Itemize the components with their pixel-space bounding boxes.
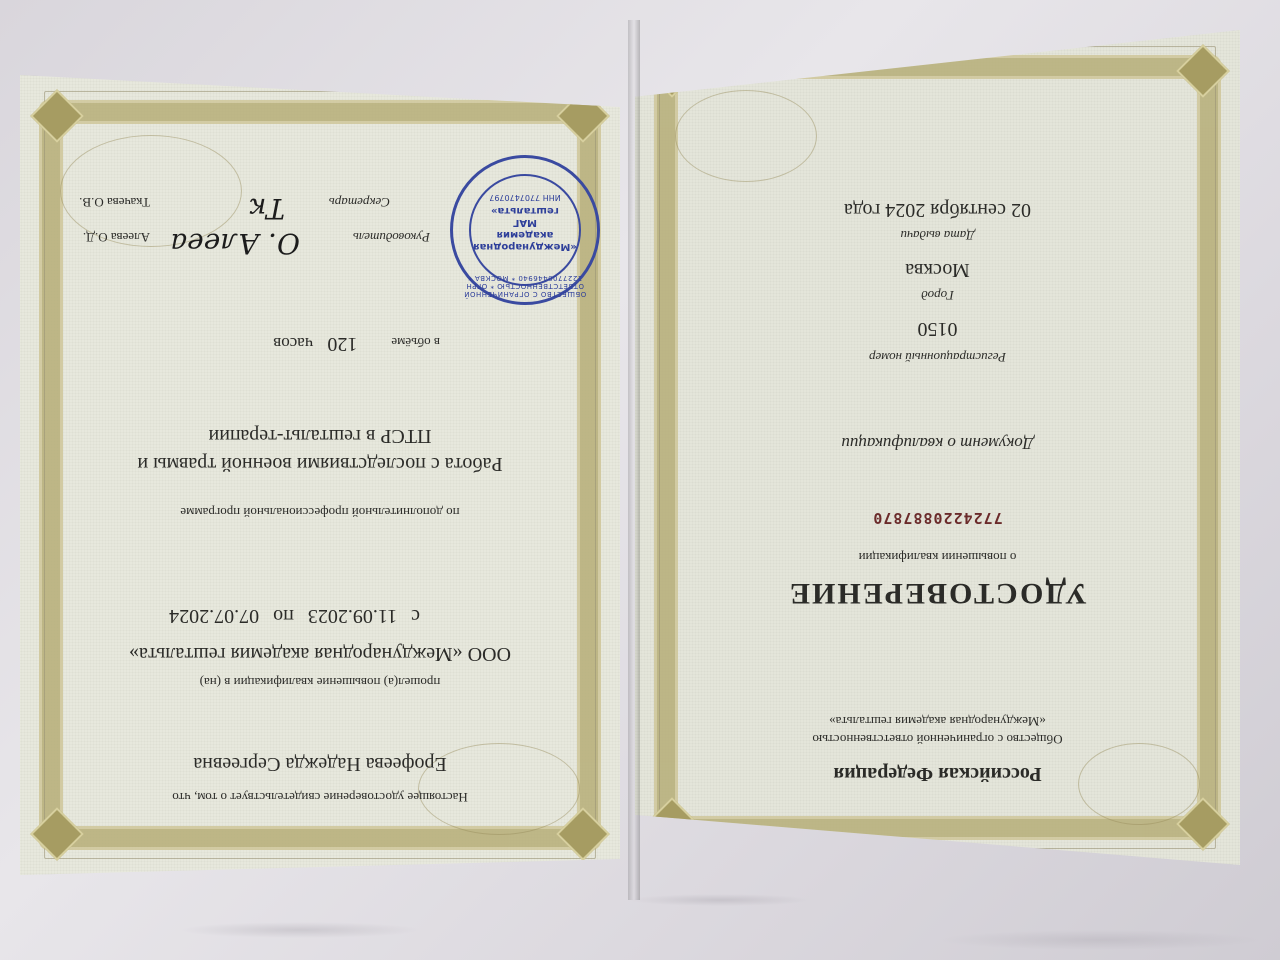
city-label: Город — [635, 287, 1240, 303]
certificate-page: Настоящее удостоверение свидетельствует … — [20, 75, 620, 875]
organization-stamp: ОБЩЕСТВО С ОГРАНИЧЕННОЙ ОТВЕТСТВЕННОСТЬЮ… — [450, 155, 600, 305]
registration-number: 0150 — [635, 317, 1240, 340]
document-type: Документ о квалификации — [635, 433, 1240, 453]
org-line-2: «Международная академия гештальта» — [635, 713, 1240, 729]
volume-label: в объёме — [391, 334, 440, 350]
program-label: по дополнительной профессиональной прогр… — [20, 504, 620, 520]
issue-date: 02 сентября 2024 года — [635, 198, 1240, 221]
signature-name-head: Алеева О.Д. — [83, 229, 150, 245]
issue-date-label: Дата выдачи — [635, 227, 1240, 243]
certificate-booklet: Российская Федерация Общество с ограниче… — [0, 0, 1280, 960]
stamp-inn: ИНН 7707470797 — [453, 193, 597, 202]
course-volume: в объёме 120 часов — [273, 332, 440, 355]
period-to: 07.07.2024 — [169, 604, 259, 627]
program-name-line-2: ПТСР в гештальт-терапии — [20, 424, 620, 447]
signature-head: О. Алееа — [170, 227, 300, 260]
city-value: Москва — [635, 258, 1240, 281]
study-period: с 11.09.2023 по 07.07.2024 — [169, 604, 420, 627]
signature-secretary: Тк — [250, 192, 285, 225]
org-line-1: Общество с ограниченной ответственностью — [635, 731, 1240, 747]
serial-number: 7724220887870 — [635, 509, 1240, 527]
signature-name-secretary: Ткачева О.В. — [79, 194, 150, 210]
document-title: УДОСТОВЕРЕНИЕ — [635, 576, 1240, 610]
document-subtitle: о повышении квалификации — [635, 549, 1240, 565]
stamp-ring-text: ОБЩЕСТВО С ОГРАНИЧЕННОЙ ОТВЕТСТВЕННОСТЬЮ… — [453, 274, 597, 298]
holder-name: Ерофеева Надежда Сергеевна — [20, 752, 620, 775]
stamp-center-text: «Международная академия МАГ гештальта» — [473, 204, 577, 252]
program-name-line-1: Работа с последствиями военной травмы и — [20, 452, 620, 475]
title-page: Российская Федерация Общество с ограниче… — [635, 30, 1240, 865]
period-from-label: с — [411, 604, 420, 627]
signature-role-secretary: Секретарь — [329, 194, 390, 210]
institution-name: ООО «Международная академия гештальта» — [20, 642, 620, 665]
corner-ornament — [645, 44, 699, 98]
period-to-label: по — [273, 604, 294, 627]
intro-text: Настоящее удостоверение свидетельствует … — [20, 789, 620, 805]
period-from: 11.09.2023 — [308, 604, 397, 627]
signature-role-head: Руководитель — [353, 229, 430, 245]
passed-label: прошел(а) повышение квалификации в (на) — [20, 674, 620, 690]
volume-value: 120 — [327, 332, 357, 355]
guilloche-ornament — [675, 90, 817, 182]
country-name: Российская Федерация — [635, 762, 1240, 785]
booklet-spine — [628, 20, 640, 900]
registration-label: Регистрационный номер — [635, 349, 1240, 365]
volume-unit: часов — [273, 333, 313, 353]
